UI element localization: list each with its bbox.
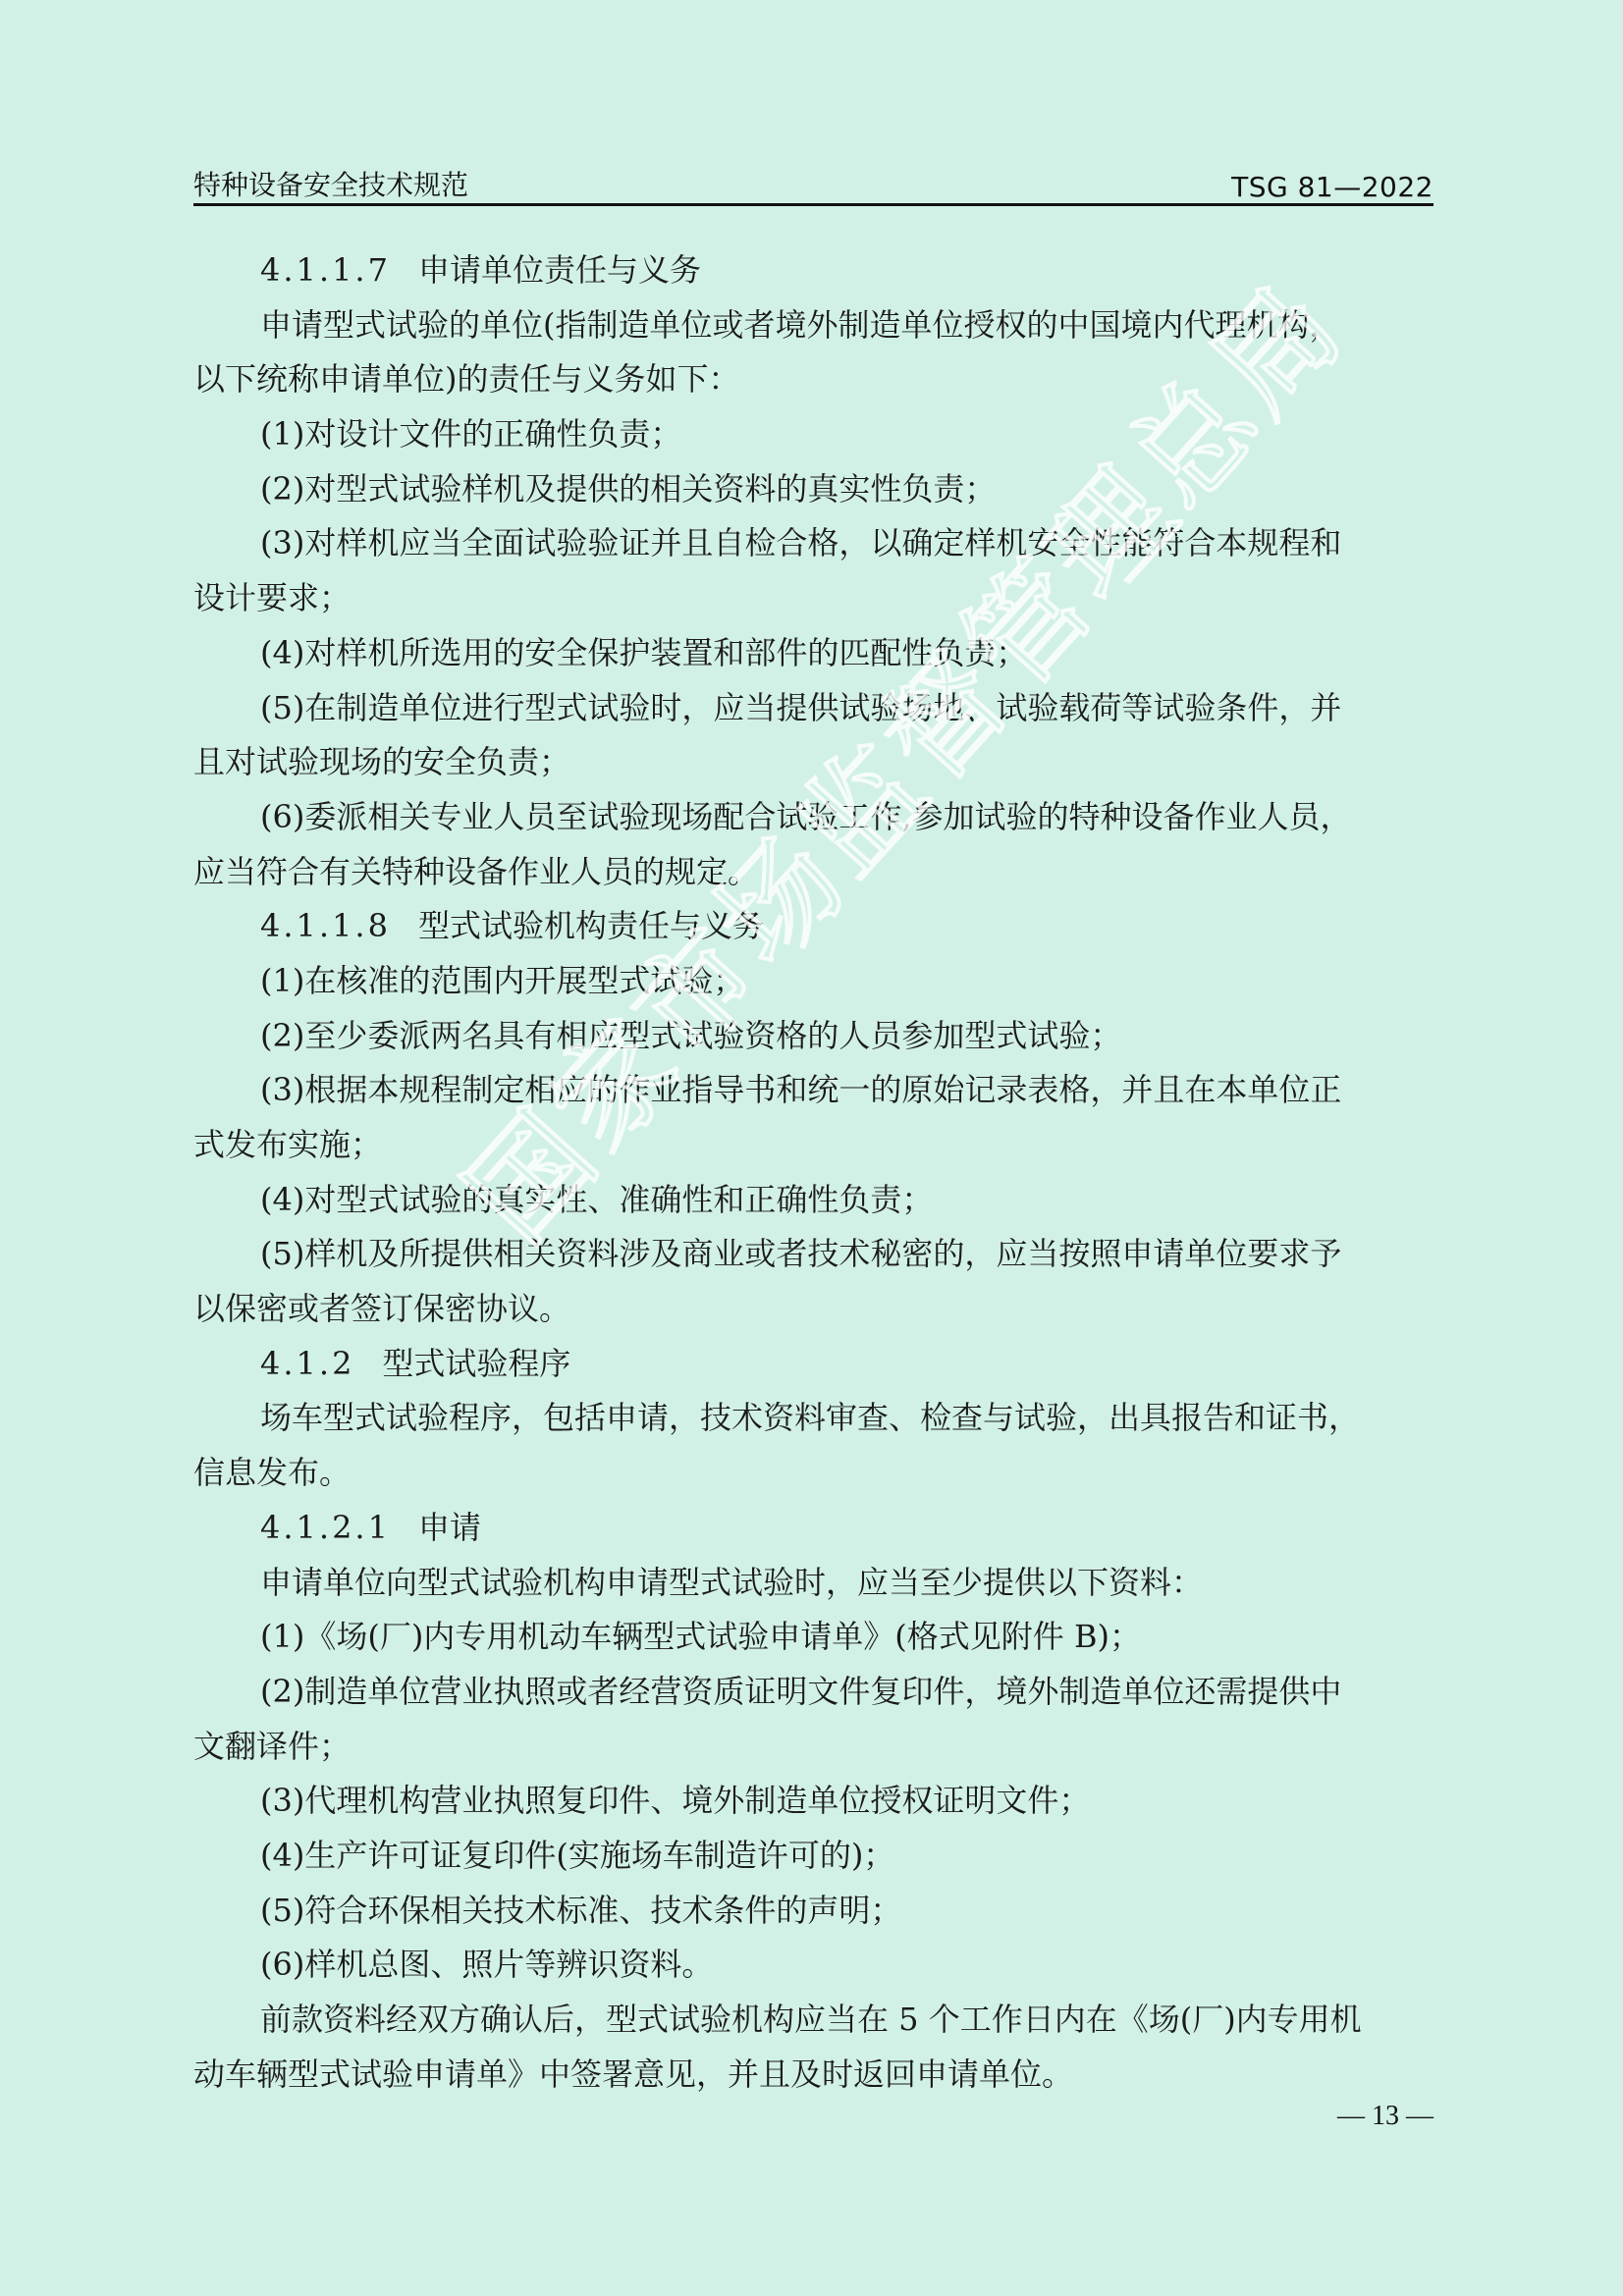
list-item: (3)根据本规程制定相应的作业指导书和统一的原始记录表格，并且在本单位正 <box>193 1063 1434 1118</box>
section-heading-4121: 4.1.2.1申请 <box>193 1501 1434 1556</box>
list-item: (2)对型式试验样机及提供的相关资料的真实性负责； <box>193 462 1434 517</box>
paragraph-line: 动车辆型式试验申请单》中签署意见，并且及时返回申请单位。 <box>193 2048 1434 2103</box>
header-title: 特种设备安全技术规范 <box>193 164 468 203</box>
document-page: 特种设备安全技术规范 TSG 81—2022 4.1.1.7申请单位责任与义务 … <box>0 0 1623 2296</box>
page-number: — 13 — <box>1337 2101 1434 2132</box>
section-title: 型式试验程序 <box>382 1345 570 1382</box>
list-item: (5)符合环保相关技术标准、技术条件的声明； <box>193 1884 1434 1939</box>
section-number: 4.1.2 <box>260 1337 354 1392</box>
paragraph-line: 申请单位向型式试验机构申请型式试验时，应当至少提供以下资料： <box>193 1556 1434 1611</box>
list-item-continuation: 且对试验现场的安全负责； <box>193 735 1434 790</box>
section-title: 型式试验机构责任与义务 <box>418 907 764 944</box>
list-item: (2)至少委派两名具有相应型式试验资格的人员参加型式试验； <box>193 1009 1434 1064</box>
paragraph-line: 前款资料经双方确认后，型式试验机构应当在 5 个工作日内在《场(厂)内专用机 <box>193 1993 1434 2048</box>
list-item: (5)在制造单位进行型式试验时，应当提供试验场地、试验载荷等试验条件，并 <box>193 681 1434 736</box>
running-header: 特种设备安全技术规范 TSG 81—2022 <box>193 160 1434 203</box>
section-number: 4.1.1.8 <box>260 899 391 954</box>
paragraph-line: 以下统称申请单位)的责任与义务如下： <box>193 352 1434 407</box>
list-item: (4)对样机所选用的安全保护装置和部件的匹配性负责； <box>193 626 1434 681</box>
section-heading-412: 4.1.2型式试验程序 <box>193 1337 1434 1392</box>
section-heading-4118: 4.1.1.8型式试验机构责任与义务 <box>193 899 1434 954</box>
list-item: (1)对设计文件的正确性负责； <box>193 407 1434 462</box>
list-item-continuation: 应当符合有关特种设备作业人员的规定。 <box>193 845 1434 900</box>
list-item-continuation: 以保密或者签订保密协议。 <box>193 1282 1434 1337</box>
list-item: (2)制造单位营业执照或者经营资质证明文件复印件，境外制造单位还需提供中 <box>193 1665 1434 1720</box>
paragraph-line: 申请型式试验的单位(指制造单位或者境外制造单位授权的中国境内代理机构， <box>193 298 1434 353</box>
section-number: 4.1.1.7 <box>260 243 391 298</box>
document-body: 4.1.1.7申请单位责任与义务 申请型式试验的单位(指制造单位或者境外制造单位… <box>193 243 1434 2102</box>
list-item: (6)样机总图、照片等辨识资料。 <box>193 1938 1434 1993</box>
list-item: (6)委派相关专业人员至试验现场配合试验工作,参加试验的特种设备作业人员， <box>193 790 1434 845</box>
list-item-continuation: 文翻译件； <box>193 1720 1434 1775</box>
section-title: 申请 <box>418 1509 481 1546</box>
list-item: (4)生产许可证复印件(实施场车制造许可的)； <box>193 1829 1434 1884</box>
section-title: 申请单位责任与义务 <box>418 251 701 289</box>
header-rule <box>193 203 1434 206</box>
list-item: (3)对样机应当全面试验验证并且自检合格，以确定样机安全性能符合本规程和 <box>193 516 1434 571</box>
list-item: (3)代理机构营业执照复印件、境外制造单位授权证明文件； <box>193 1774 1434 1829</box>
standard-code: TSG 81—2022 <box>1231 171 1434 203</box>
list-item: (4)对型式试验的真实性、准确性和正确性负责； <box>193 1173 1434 1228</box>
list-item-continuation: 式发布实施； <box>193 1118 1434 1173</box>
list-item: (1)《场(厂)内专用机动车辆型式试验申请单》(格式见附件 B)； <box>193 1610 1434 1665</box>
list-item-continuation: 设计要求； <box>193 571 1434 626</box>
section-heading-4117: 4.1.1.7申请单位责任与义务 <box>193 243 1434 298</box>
paragraph-line: 场车型式试验程序，包括申请，技术资料审查、检查与试验，出具报告和证书， <box>193 1391 1434 1446</box>
section-number: 4.1.2.1 <box>260 1501 391 1556</box>
paragraph-line: 信息发布。 <box>193 1446 1434 1501</box>
list-item: (5)样机及所提供相关资料涉及商业或者技术秘密的，应当按照申请单位要求予 <box>193 1227 1434 1282</box>
list-item: (1)在核准的范围内开展型式试验； <box>193 954 1434 1009</box>
